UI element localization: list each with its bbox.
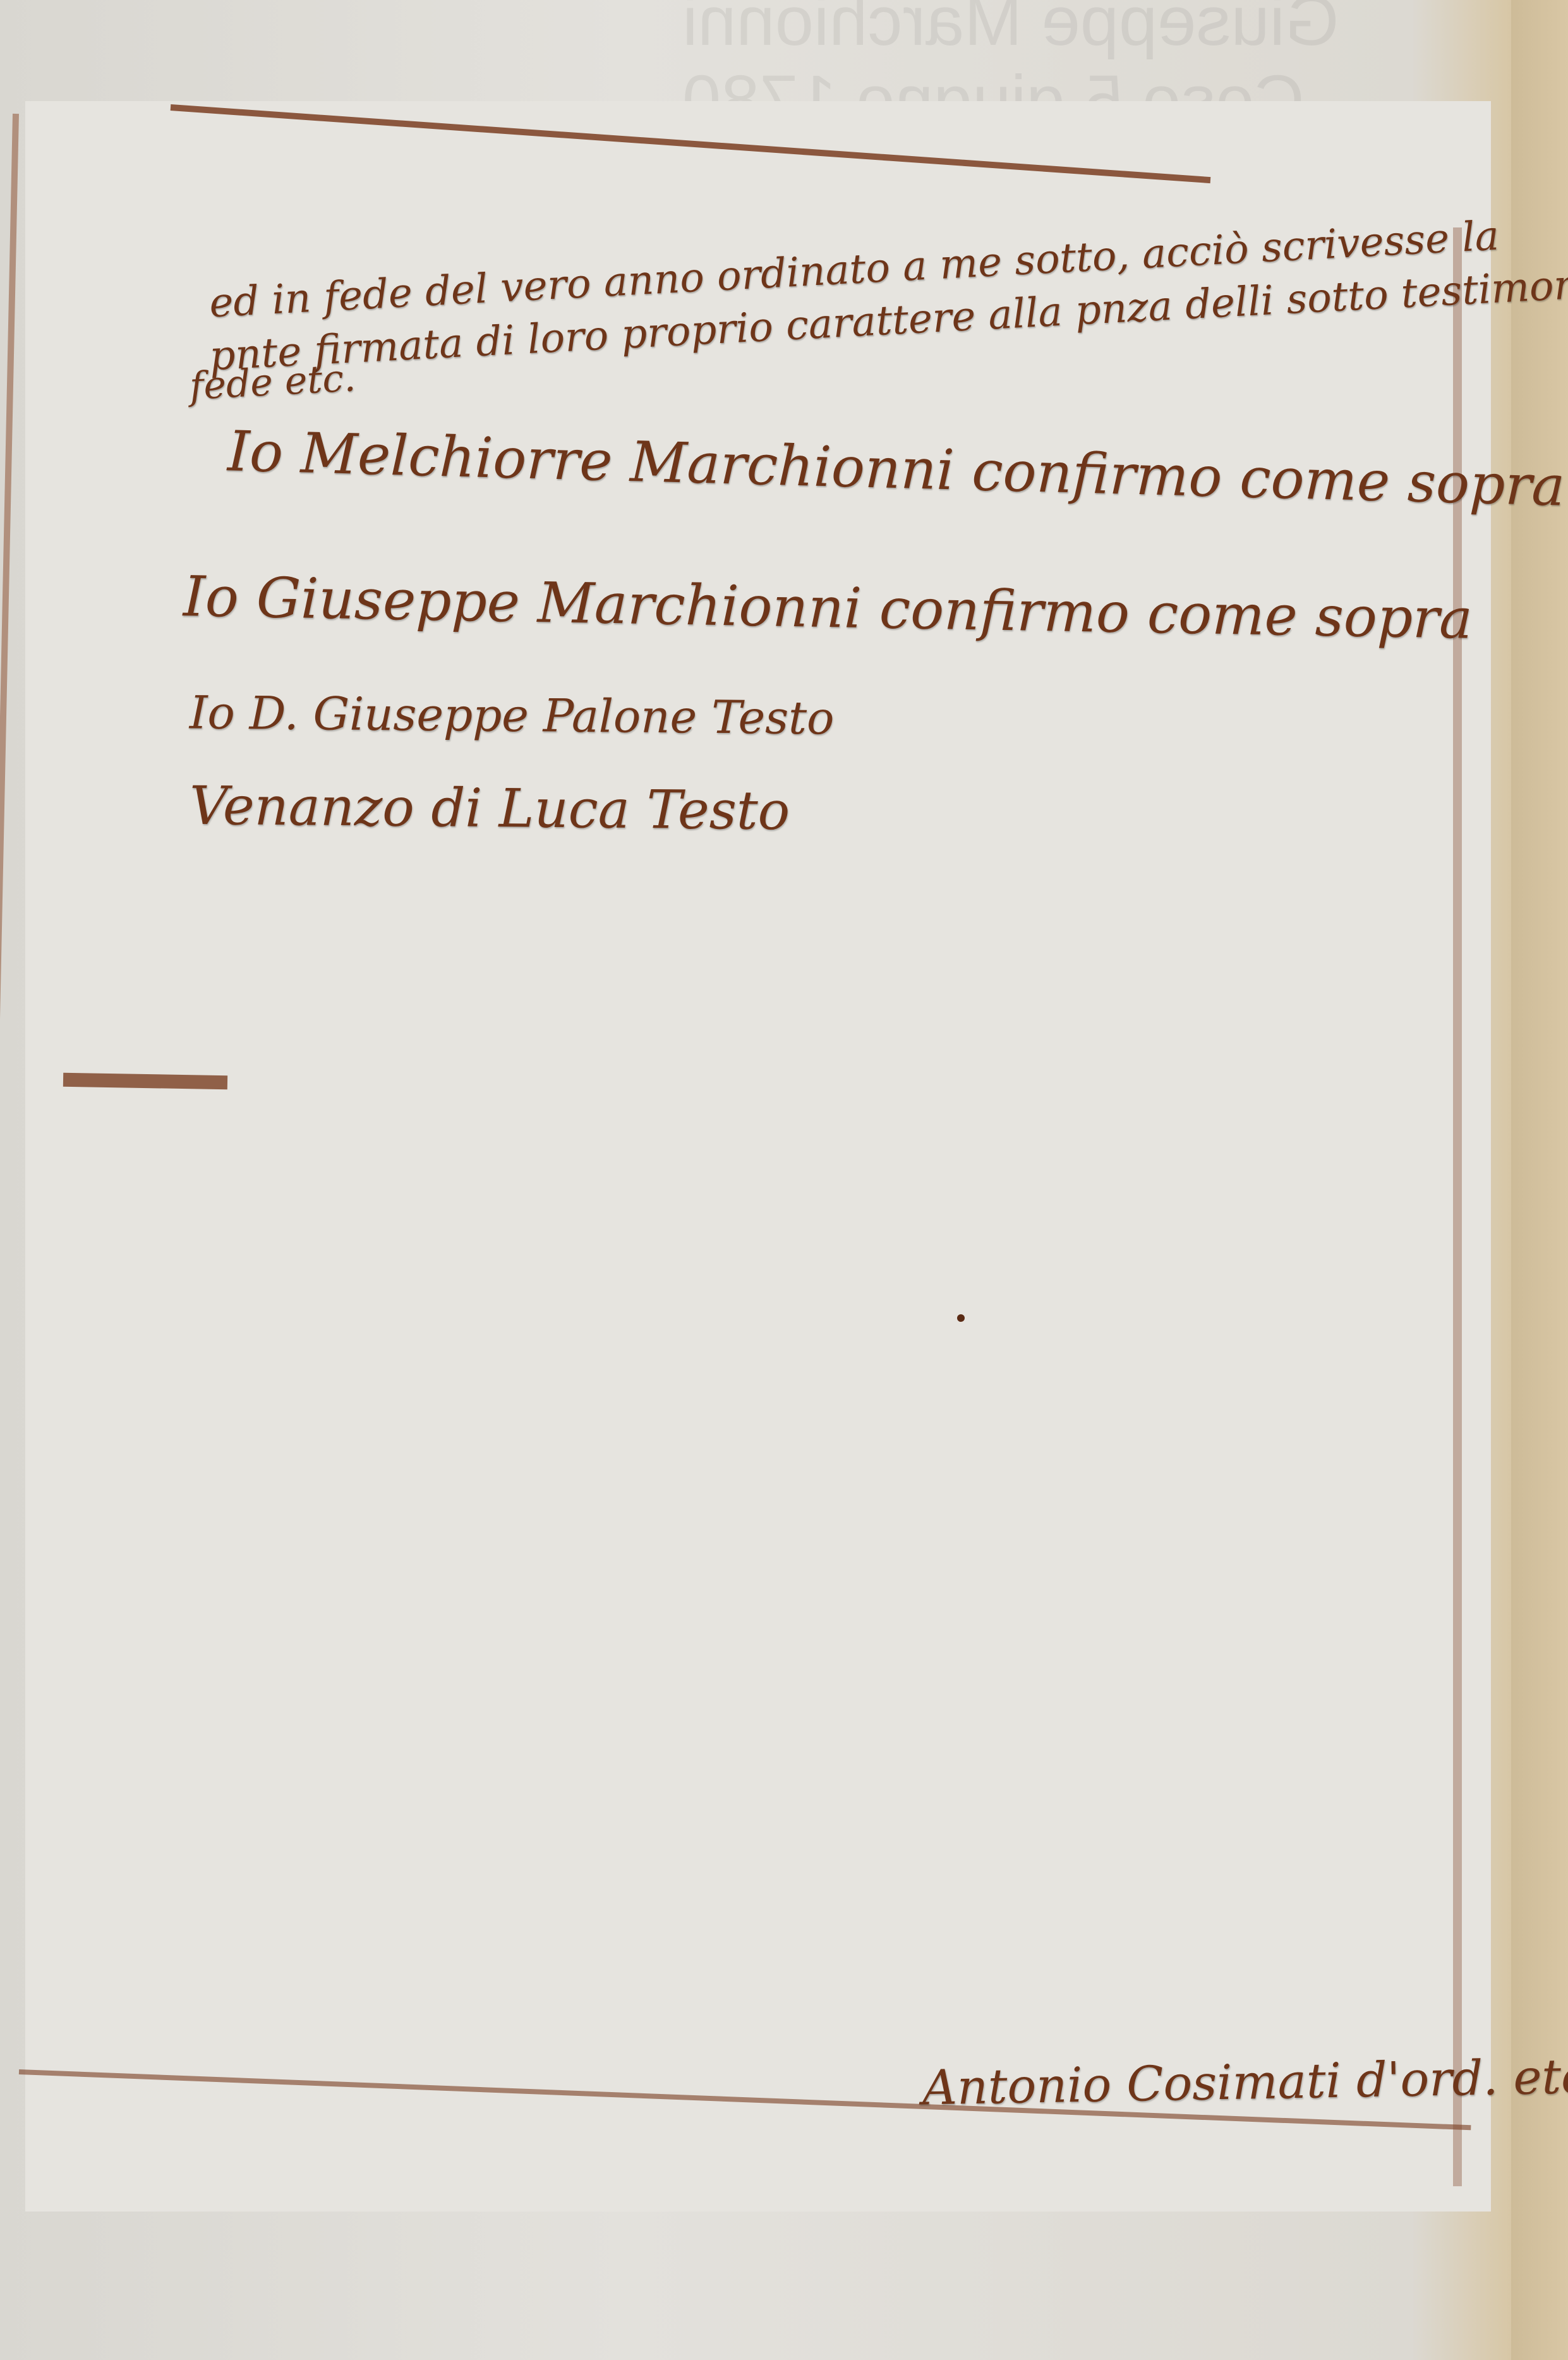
notary-signature: Antonio Cosimati d'ord. etc.: [922, 2048, 1568, 2116]
facing-book-page: [1511, 0, 1568, 2360]
body-line: fede etc.: [188, 356, 356, 409]
bleed-through-text: Giuseppe Marchionni: [682, 0, 1339, 61]
ink-stain: [63, 1073, 227, 1090]
document-page: [25, 101, 1491, 2212]
page-edge-right: [1453, 227, 1462, 2186]
ink-dot: [957, 1314, 965, 1322]
signature-giuseppe-palone: Io D. Giuseppe Palone Testo: [190, 686, 835, 745]
page-edge-left: [0, 114, 19, 2073]
signature-venanzo-di-luca: Venanzo di Luca Testo: [190, 775, 790, 842]
